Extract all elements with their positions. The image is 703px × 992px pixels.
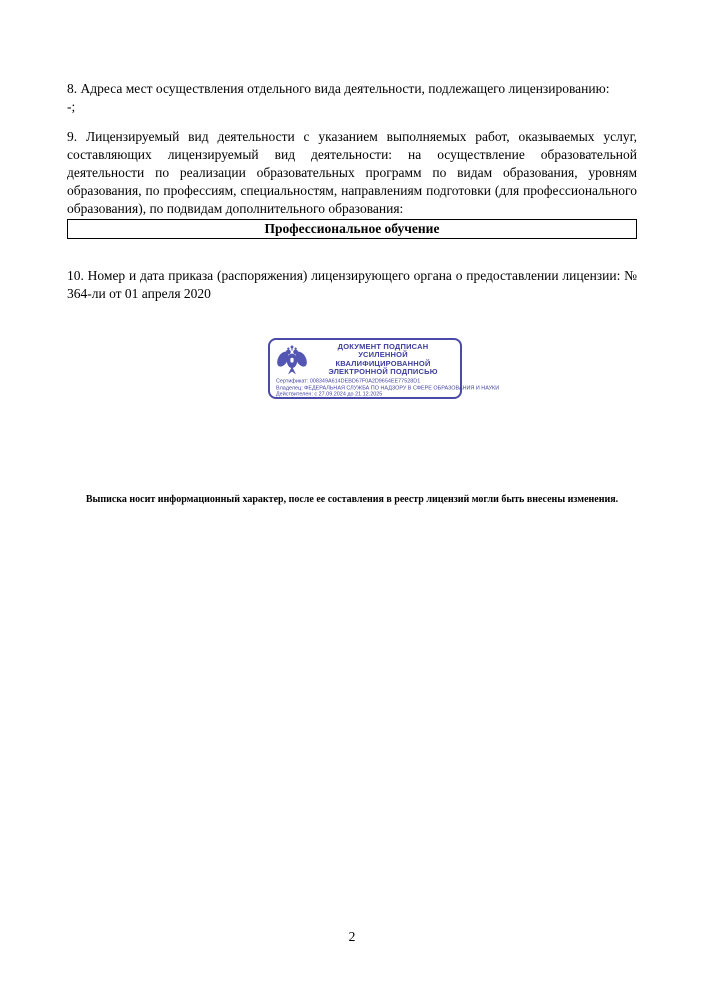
paragraph-10: 10. Номер и дата приказа (распоряжения) … [67, 267, 637, 303]
footnote-text: Выписка носит информационный характер, п… [86, 494, 618, 505]
paragraph-9-text: 9. Лицензируемый вид деятельности с указ… [67, 129, 637, 216]
stamp-certificate: Сертификат: 008349A614DEBD67F0A2D9654EE7… [276, 379, 397, 383]
stamp-owner: Владелец: ФЕДЕРАЛЬНАЯ СЛУЖБА ПО НАДЗОРУ … [276, 386, 397, 390]
footnote: Выписка носит информационный характер, п… [67, 494, 637, 506]
coat-of-arms-icon [276, 344, 308, 376]
education-type-value: Профессиональное обучение [265, 221, 440, 236]
paragraph-8: 8. Адреса мест осуществления отдельного … [67, 80, 637, 116]
page-number: 2 [67, 928, 637, 946]
paragraph-8-text: 8. Адреса мест осуществления отдельного … [67, 80, 637, 98]
stamp-validity: Действителен: с 27.09.2024 до 21.12.2025 [276, 392, 397, 396]
stamp-header: ДОКУМЕНТ ПОДПИСАН УСИЛЕННОЙ КВАЛИФИЦИРОВ… [276, 343, 454, 376]
digital-signature-stamp: ДОКУМЕНТ ПОДПИСАН УСИЛЕННОЙ КВАЛИФИЦИРОВ… [268, 338, 462, 399]
education-type-box: Профессиональное обучение [67, 219, 637, 239]
paragraph-9: 9. Лицензируемый вид деятельности с указ… [67, 128, 637, 218]
paragraph-10-text: 10. Номер и дата приказа (распоряжения) … [67, 268, 637, 301]
stamp-title: ДОКУМЕНТ ПОДПИСАН УСИЛЕННОЙ КВАЛИФИЦИРОВ… [312, 343, 454, 377]
page-number-value: 2 [349, 929, 356, 944]
document-page: 8. Адреса мест осуществления отдельного … [0, 0, 703, 992]
stamp-details: Сертификат: 008349A614DEBD67F0A2D9654EE7… [276, 378, 454, 398]
stamp-title-line2: УСИЛЕННОЙ КВАЛИФИЦИРОВАННОЙ [312, 351, 454, 368]
stamp-title-line3: ЭЛЕКТРОННОЙ ПОДПИСЬЮ [312, 368, 454, 377]
paragraph-8-value: -; [67, 98, 637, 116]
